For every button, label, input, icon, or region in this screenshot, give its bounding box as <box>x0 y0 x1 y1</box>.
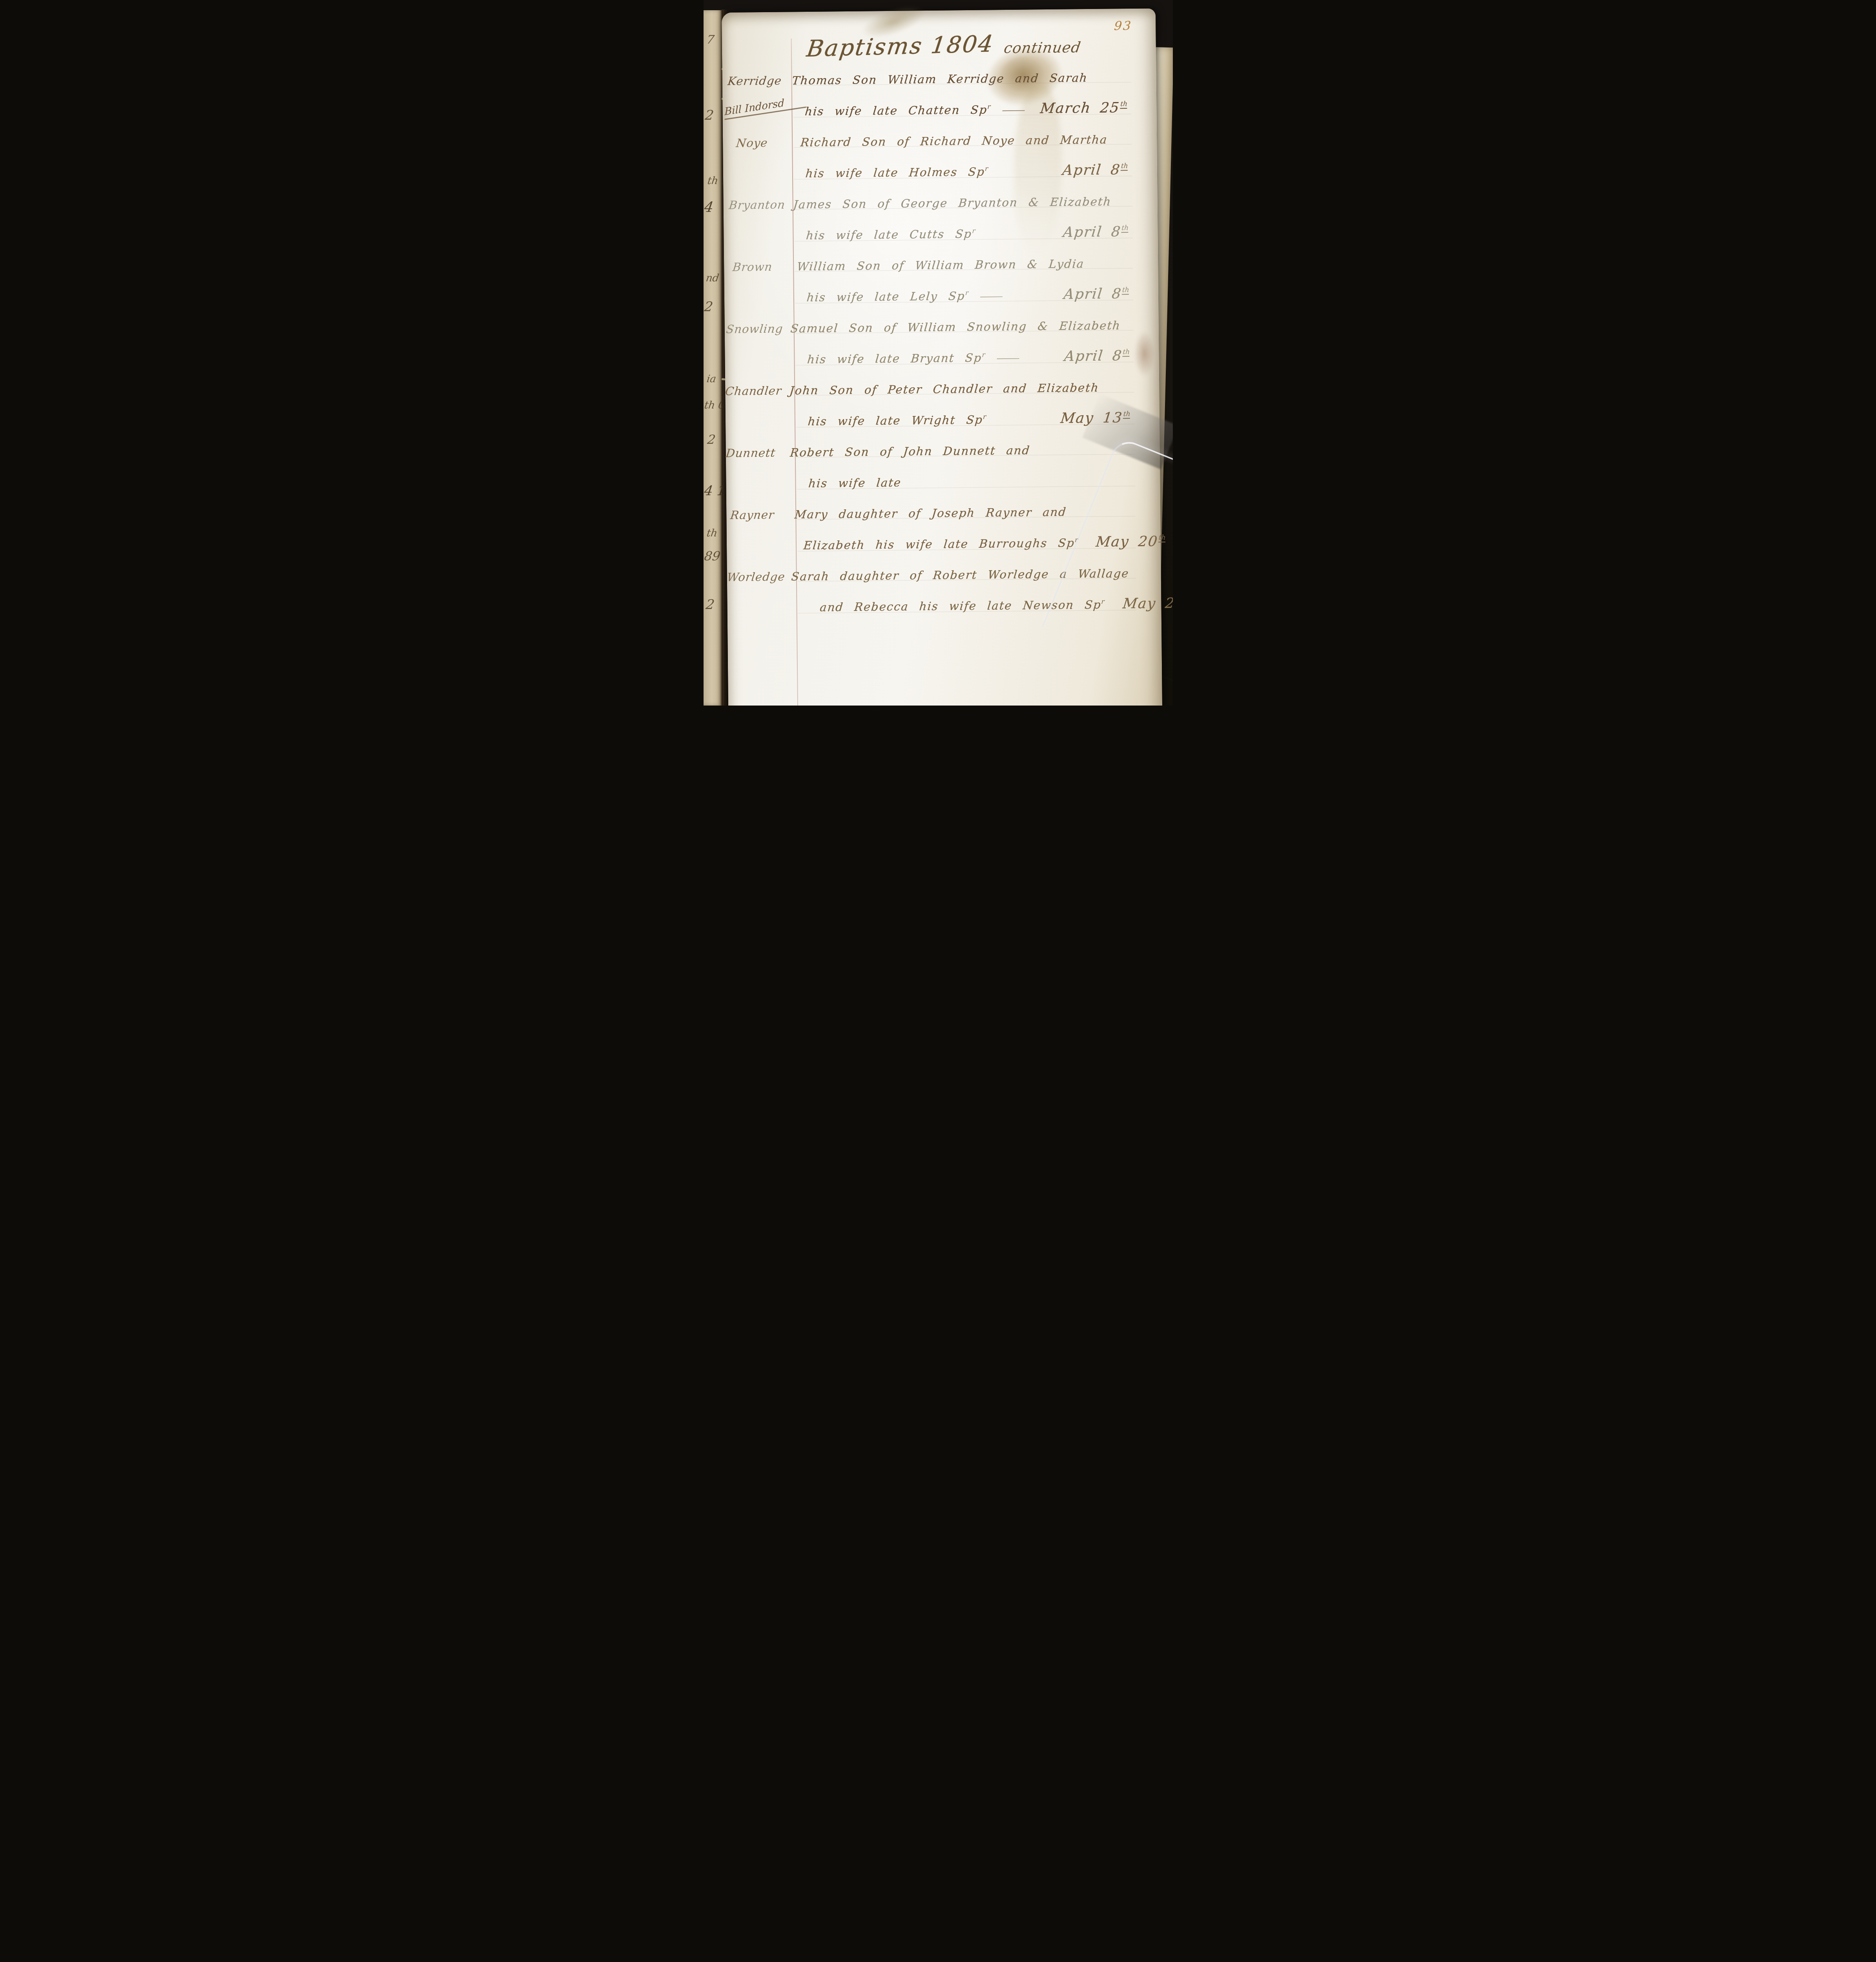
line-spacer <box>996 299 1063 300</box>
baptism-date: March 25 <box>1039 100 1121 117</box>
entry-line1-text: Mary daughter of Joseph Rayner and <box>794 505 1067 521</box>
entry-line1-text: Robert Son of John Dunnett and <box>789 443 1031 459</box>
baptism-date: April 8 <box>1062 224 1121 240</box>
prev-page-text-fragment: 7 <box>706 33 715 47</box>
entry-line: his wife late Lely Spr — April 8th <box>724 285 1158 306</box>
margin-surname: Snowling <box>724 322 791 336</box>
margin-surname: Brown <box>723 260 798 274</box>
abbreviation-superscript: r <box>987 103 991 111</box>
filler-dash: — <box>993 352 1023 365</box>
baptism-entry: Bryanton James Son of George Bryanton & … <box>723 194 1158 261</box>
date-ordinal-superscript: th <box>1121 224 1129 233</box>
margin-surname: Kerridge <box>721 74 793 88</box>
prev-page-text-fragment: ia <box>706 373 716 385</box>
prev-page-text-fragment: nd <box>705 272 720 284</box>
baptism-entry: Kerridge Thomas Son William Kerridge and… <box>722 70 1156 137</box>
baptism-date: April 8 <box>1061 162 1121 178</box>
prev-page-text-fragment: 2 <box>704 299 714 315</box>
entry-line1-text: Richard Son of Richard Noye and Martha <box>800 133 1108 150</box>
baptism-date: April 8 <box>1063 286 1122 302</box>
previous-page-edge: 7 2 th 1 4 nd 2 ia th 0 2 4 1 th 89 2 <box>704 10 722 706</box>
page-number: 93 <box>1113 19 1132 33</box>
entry-line: his wife late Cutts Spr April 8th <box>724 223 1158 244</box>
date-ordinal-superscript: th <box>1120 162 1128 171</box>
entry-line2-text: his wife late Wright Sp <box>807 413 983 428</box>
margin-surname: Worledge <box>726 570 792 584</box>
entry-line2-text: his wife late Chatten Sp <box>804 103 988 118</box>
filler-dash: — <box>999 104 1028 117</box>
entry-line: Kerridge Thomas Son William Kerridge and… <box>722 70 1156 88</box>
entry-line: his wife late Holmes Spr April 8th <box>723 161 1157 182</box>
entry-line1-text: Samuel Son of William Snowling & Elizabe… <box>790 319 1121 335</box>
baptism-entry: Brown William Son of William Brown & Lyd… <box>724 256 1158 323</box>
entry-line2-text: his wife late Bryant Sp <box>806 351 982 366</box>
filler-dash: — <box>977 290 1006 303</box>
baptism-date: April 8 <box>1063 348 1123 364</box>
abbreviation-superscript: r <box>964 289 968 297</box>
entry-line1-text: William Son of William Brown & Lydia <box>796 257 1085 273</box>
abbreviation-superscript: r <box>983 413 986 421</box>
abbreviation-superscript: r <box>984 165 988 173</box>
line-spacer <box>1013 361 1064 361</box>
margin-surname: Rayner <box>726 508 795 522</box>
margin-surname: Noye <box>722 136 801 150</box>
abbreviation-superscript: r <box>981 351 985 359</box>
line-spacer <box>1004 423 1061 423</box>
entry-line1-text: Thomas Son William Kerridge and Sarah <box>791 71 1088 87</box>
page-title-suffix: continued <box>1003 39 1082 57</box>
date-ordinal-superscript: th <box>1122 348 1130 357</box>
register-photograph: 7 2 th 1 4 nd 2 ia th 0 2 4 1 th 89 2 93… <box>704 0 1173 706</box>
entry-line2-text: his wife late Lely Sp <box>806 289 966 304</box>
abbreviation-superscript: r <box>971 227 975 235</box>
prev-page-text-fragment: 2 <box>705 597 715 613</box>
line-spacer <box>993 237 1063 238</box>
entry-line2-text: Elizabeth his wife late Burroughs Sp <box>803 536 1075 552</box>
page-title-main: Baptisms 1804 <box>805 30 996 62</box>
page-title: Baptisms 1804 continued <box>799 31 1089 60</box>
baptism-entry: Snowling Samuel Son of William Snowling … <box>724 318 1159 385</box>
prev-page-text-fragment: 2 <box>704 108 715 123</box>
baptism-entry: Noye Richard Son of Richard Noye and Mar… <box>723 132 1157 199</box>
margin-surname: Bryanton <box>722 198 794 212</box>
prev-page-text-fragment: 4 <box>704 199 715 215</box>
date-ordinal-superscript: th <box>1122 286 1130 295</box>
margin-surname: Dunnett <box>725 446 791 460</box>
prev-page-text-fragment: 2 <box>706 432 716 447</box>
prev-page-text-fragment: 89 <box>704 549 721 563</box>
entry-line1-text: John Son of Peter Chandler and Elizabeth <box>789 381 1099 398</box>
entry-line2-text: his wife late Holmes Sp <box>805 165 985 180</box>
entry-line2-text: his wife late Cutts Sp <box>805 227 972 242</box>
entry-line: his wife late Spr May 13th <box>726 471 1160 492</box>
entry-line1-text: James Son of George Bryanton & Elizabeth <box>793 195 1112 211</box>
margin-surname: Chandler <box>724 384 790 398</box>
date-ordinal-superscript: th <box>1120 100 1128 109</box>
prev-page-text-fragment: th <box>706 527 718 539</box>
line-spacer <box>1006 175 1062 175</box>
entry-line: his wife late Bryant Spr — April 8th <box>725 347 1159 368</box>
